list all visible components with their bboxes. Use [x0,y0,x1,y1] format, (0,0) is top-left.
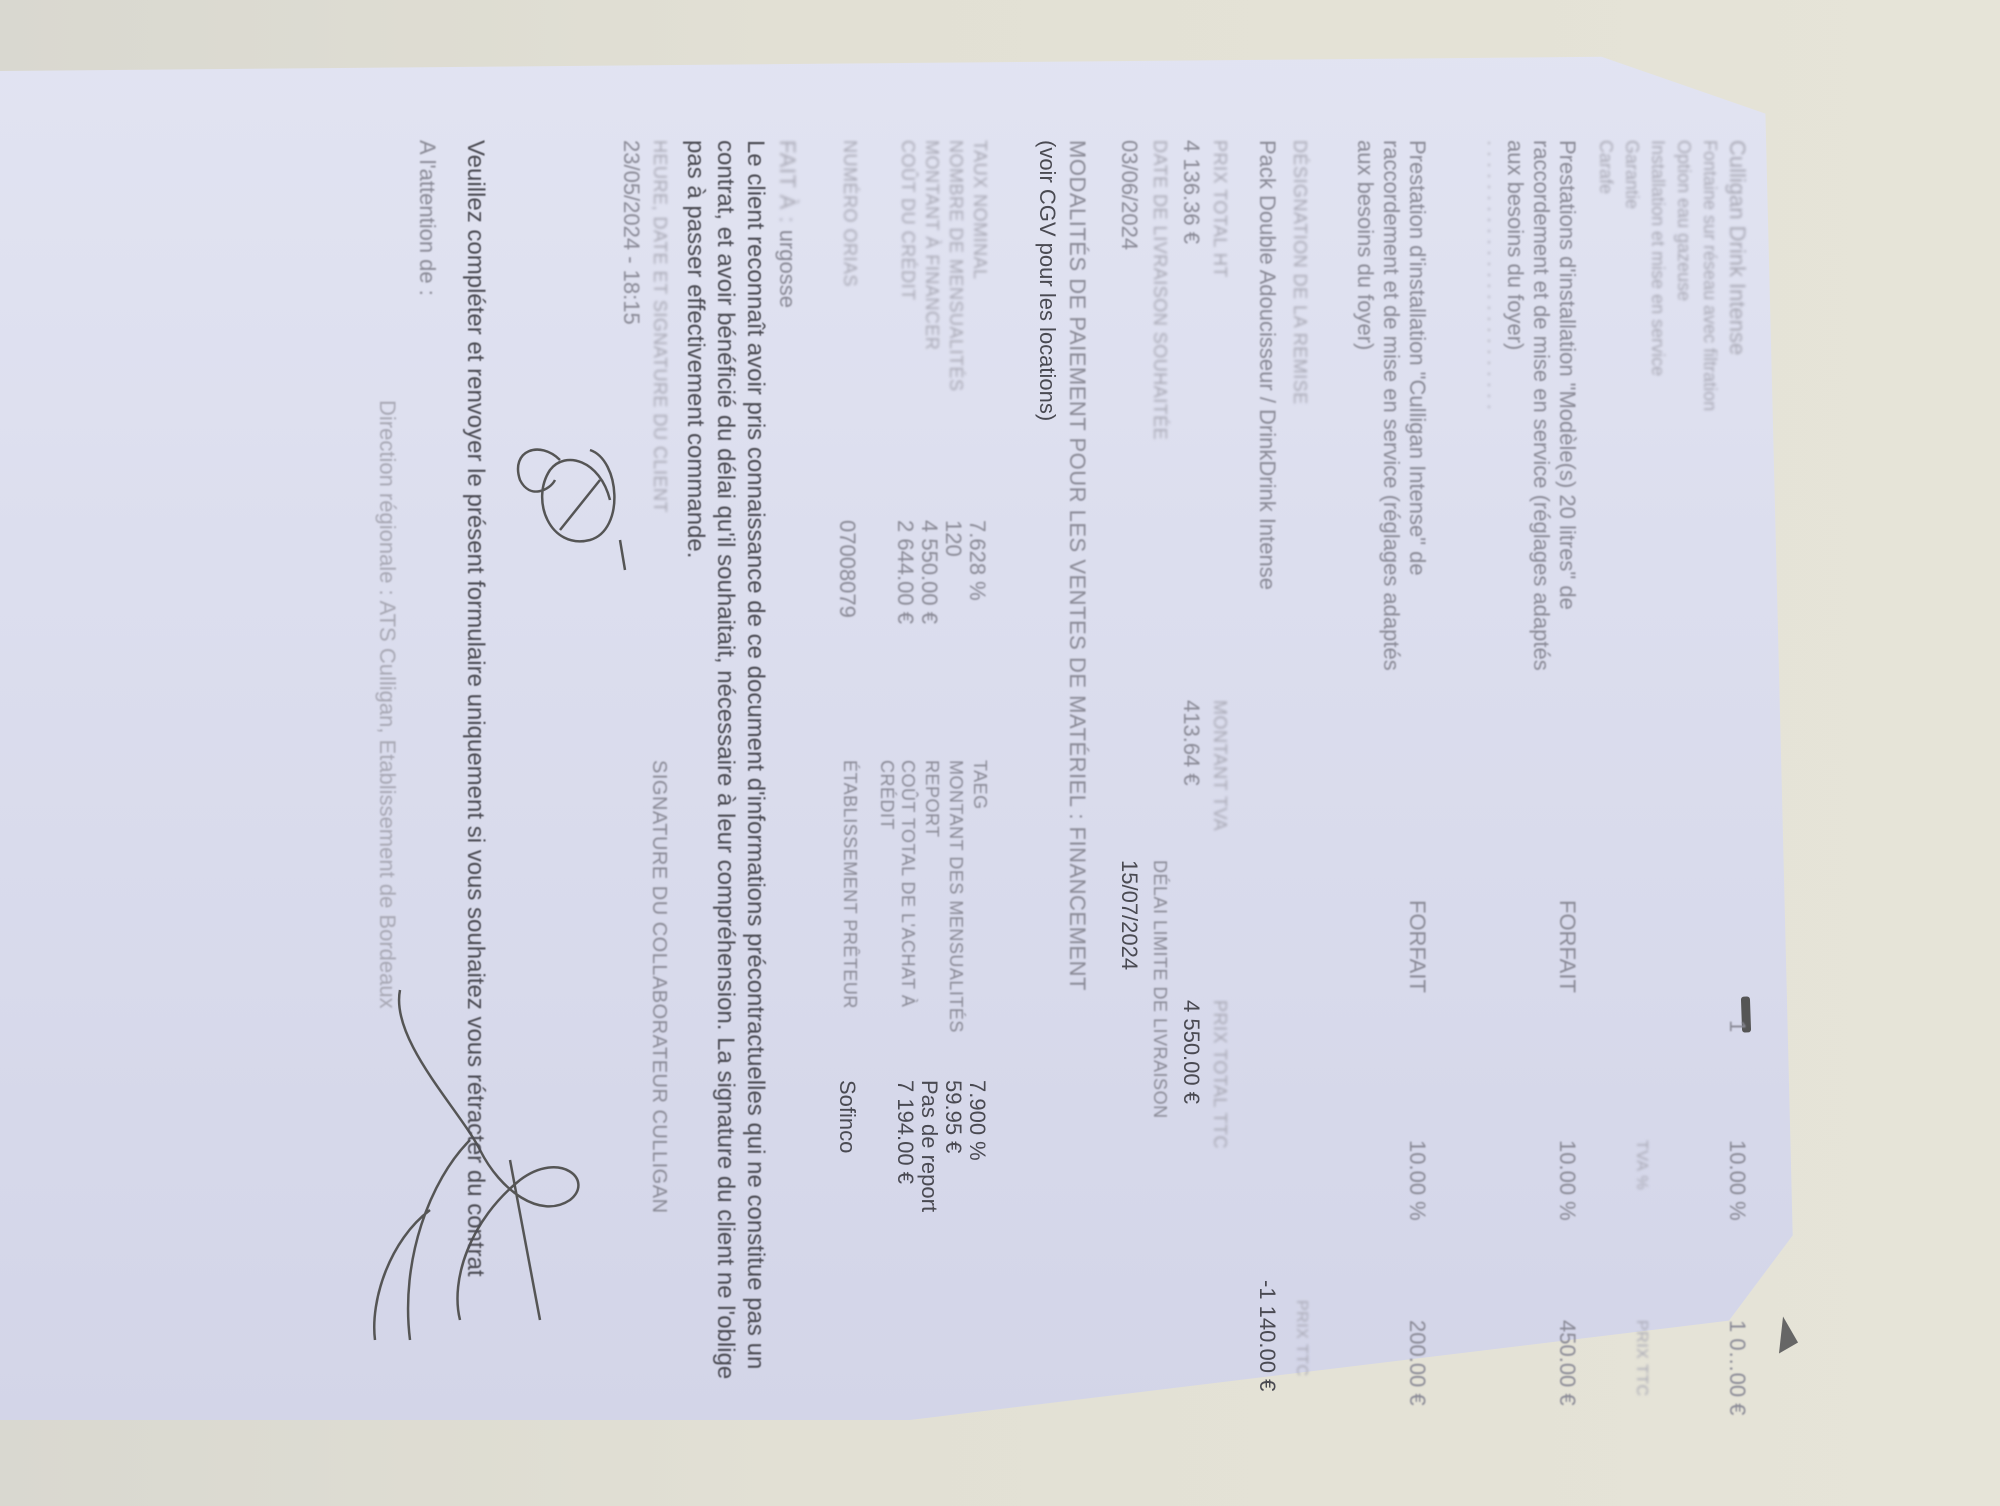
attention-label: A l'attention de : [414,140,440,296]
direction-regionale: Direction régionale : ATS Culligan, Etab… [374,400,400,1009]
item-tva: 10.00 % [1404,1140,1430,1221]
fin-label: NOMBRE DE MENSUALITÉS [945,140,966,392]
client-signature [500,440,630,580]
item-unit: FORFAIT [1404,900,1430,993]
modalites-subtitle: (voir CGV pour les locations) [1034,140,1060,421]
item-tva: 10.00 % [1554,1140,1580,1221]
contract-document: Culligan Drink Intense Fontaine sur rése… [40,140,1760,1400]
qty-cell: 1 [1724,1020,1750,1032]
fin-label: MONTANT À FINANCER [921,140,942,350]
header-line: Culligan Drink Intense [1724,140,1750,355]
prix-ttc-header: PRIX TTC [1632,1320,1650,1397]
fin-value: 59.95 € [940,1080,966,1153]
fin-value: 2 644.00 € [892,520,918,624]
tva-header: TVA % [1632,1140,1650,1190]
fin-label: MONTANT DES MENSUALITÉS [945,760,966,1033]
remise-price-header: PRIX TTC [1292,1300,1310,1377]
item-unit: FORFAIT [1554,900,1580,993]
orias-label: NUMÉRO ORIAS [839,140,860,287]
fin-label: TAEG [969,760,990,810]
modalites-title: MODALITÉS DE PAIEMENT POUR LES VENTES DE… [1064,140,1090,991]
retractation-notice: Veuillez compléter et renvoyer le présen… [460,140,490,1380]
client-signature-label: HEURE, DATE ET SIGNATURE DU CLIENT [649,140,670,513]
header-line: Carafe [1595,140,1616,194]
item-note: · · · · · · · · · · · · · · · · · · · · … [1479,140,1500,410]
fin-label: REPORT [921,760,942,838]
fin-value: 4 550.00 € [916,520,942,624]
remise-label: DÉSIGNATION DE LA REMISE [1289,140,1310,405]
header-line: Garantie [1621,140,1642,209]
total-ttc-label: PRIX TOTAL TTC [1209,1000,1230,1149]
header-line: Fontaine sur réseau avec filtration [1699,140,1720,411]
acknowledgement-paragraph: Le client reconnaît avoir pris connaissa… [680,140,770,1380]
header-line: Installation et mise en service [1647,140,1668,376]
fin-value: 7.900 % [964,1080,990,1161]
header-line: Option eau gazeuse [1673,140,1694,301]
client-signature-date: 23/05/2024 - 18:15 [618,140,644,325]
folded-corner [1764,1317,1798,1354]
total-ht-label: PRIX TOTAL HT [1209,140,1230,278]
remise-price: -1 140.00 € [1254,1280,1280,1391]
tva-cell: 10.00 % [1724,1140,1750,1221]
item-price: 200.00 € [1404,1320,1430,1406]
preteur-value: Sofinco [834,1080,860,1153]
fin-value: 120 [940,520,966,557]
livraison-souhaitee-value: 03/06/2024 [1116,140,1142,250]
montant-tva-label: MONTANT TVA [1209,700,1230,831]
livraison-souhaitee-label: DATE DE LIVRAISON SOUHAITÉE [1149,140,1170,440]
fin-value: 7.628 % [964,520,990,601]
delai-limite-value: 15/07/2024 [1116,860,1142,970]
remise-value: Pack Double Adoucisseur / DrinkDrink Int… [1254,140,1280,590]
fin-value: 7 194.00 € [892,1080,918,1184]
collaborateur-signature-label: SIGNATURE DU COLLABORATEUR CULLIGAN [647,760,670,1214]
item-description: Prestation d'installation "Culligan Inte… [1352,140,1430,671]
fin-label: TAUX NOMINAL [969,140,990,280]
delai-limite-label: DÉLAI LIMITE DE LIVRAISON [1149,860,1170,1119]
fin-label: COÛT DU CRÉDIT [897,140,918,301]
fin-value: Pas de report [916,1080,942,1212]
total-ttc-value: 4 550.00 € [1178,1000,1204,1104]
fin-label: COÛT TOTAL DE L'ACHAT À CRÉDIT [876,760,918,1020]
fait-a: FAIT À : urgosse [774,140,800,308]
montant-tva-value: 413.64 € [1178,700,1204,786]
item-description: Prestations d'installation "Modèle(s) 20… [1502,140,1580,671]
item-price: 450.00 € [1554,1320,1580,1406]
orias-value: 07008079 [834,520,860,618]
price-cell: 1 0…00 € [1724,1320,1750,1415]
preteur-label: ÉTABLISSEMENT PRÊTEUR [839,760,860,1009]
total-ht-value: 4 136.36 € [1178,140,1204,244]
